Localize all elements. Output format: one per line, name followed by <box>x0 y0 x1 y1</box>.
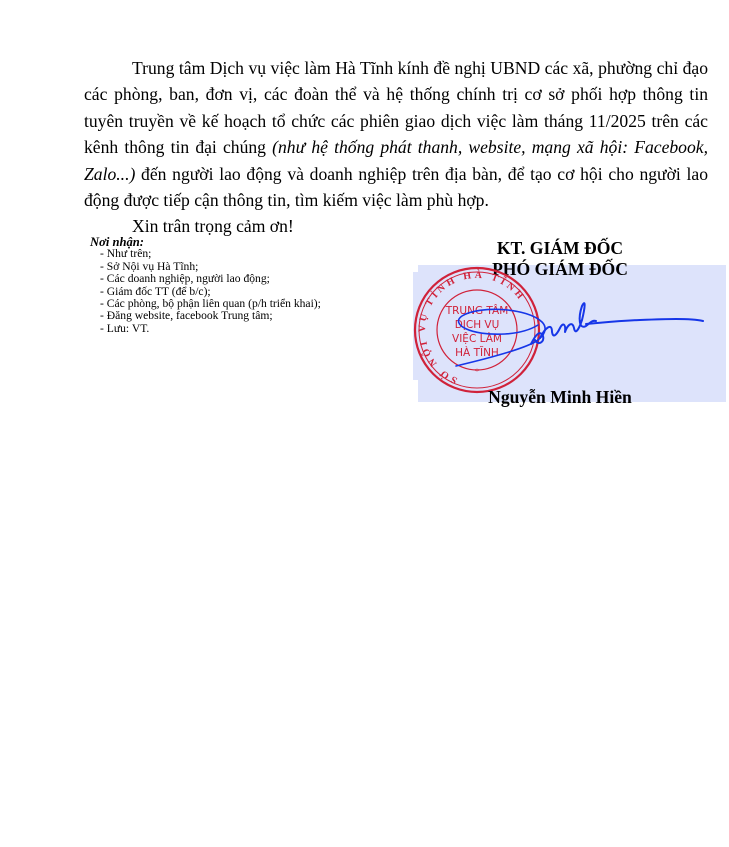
main-paragraph: Trung tâm Dịch vụ việc làm Hà Tĩnh kính … <box>84 55 708 213</box>
recipient-item: Đăng website, facebook Trung tâm; <box>100 310 410 322</box>
recipients-block: Nơi nhận: Như trên; Sở Nội vụ Hà Tĩnh; C… <box>90 236 410 335</box>
signer-title-line2: PHÓ GIÁM ĐỐC <box>440 259 680 279</box>
letter-body: Trung tâm Dịch vụ việc làm Hà Tĩnh kính … <box>84 55 708 240</box>
signer-name: Nguyễn Minh Hiền <box>440 387 680 408</box>
paragraph-text-end: đến người lao động và doanh nghiệp trên … <box>84 164 708 210</box>
recipient-item: Như trên; <box>100 248 410 260</box>
recipient-item: Lưu: VT. <box>100 323 410 335</box>
recipients-list: Như trên; Sở Nội vụ Hà Tĩnh; Các doanh n… <box>90 248 410 335</box>
signer-title-line1: KT. GIÁM ĐỐC <box>440 238 680 258</box>
recipient-item: Các doanh nghiệp, người lao động; <box>100 273 410 285</box>
signature-background <box>418 265 726 402</box>
